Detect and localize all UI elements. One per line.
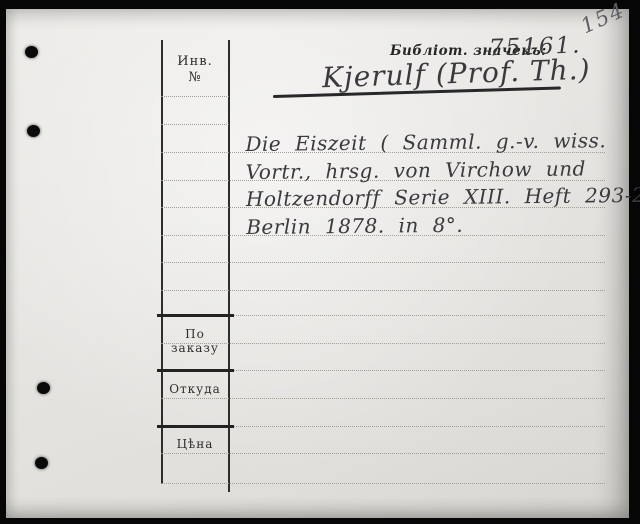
ruled-line [161, 124, 229, 125]
field-label-by-order: По заказу [161, 327, 229, 355]
ruled-line [161, 398, 605, 399]
inventory-label-line1: Инв. [161, 54, 229, 69]
section-separator [157, 425, 234, 428]
page-number-pencil: 154 [577, 0, 629, 38]
punch-hole [27, 125, 40, 137]
section-separator [157, 369, 234, 372]
entry-line: Vortr., hrsg. von Virchow und [246, 155, 586, 185]
ruled-line [161, 262, 605, 263]
punch-hole [37, 382, 50, 394]
entry-text: Die Eiszeit ( Samml. g.-v. wiss. Vortr.,… [244, 7, 634, 11]
scanned-catalog-card: 154 Инв. № По заказу Откуда [0, 0, 640, 524]
entry-line: Die Eiszeit ( Samml. g.-v. wiss. [245, 127, 606, 157]
ruled-line [161, 290, 605, 291]
section-separator [157, 314, 234, 317]
ruled-line [161, 453, 605, 454]
field-label-origin: Откуда [161, 382, 229, 396]
field-label-price: Цѣна [161, 437, 229, 451]
entry-line: Berlin 1878. in 8°. [246, 212, 463, 240]
ruled-line [161, 483, 605, 484]
entry-line: Holtzendorff Serie XIII. Heft 293-294.) [246, 181, 640, 212]
punch-hole [35, 457, 48, 469]
card-paper: 154 Инв. № По заказу Откуда [6, 9, 629, 518]
ruled-line [161, 96, 229, 97]
punch-hole [25, 46, 38, 58]
inventory-label-line2: № [161, 70, 229, 85]
